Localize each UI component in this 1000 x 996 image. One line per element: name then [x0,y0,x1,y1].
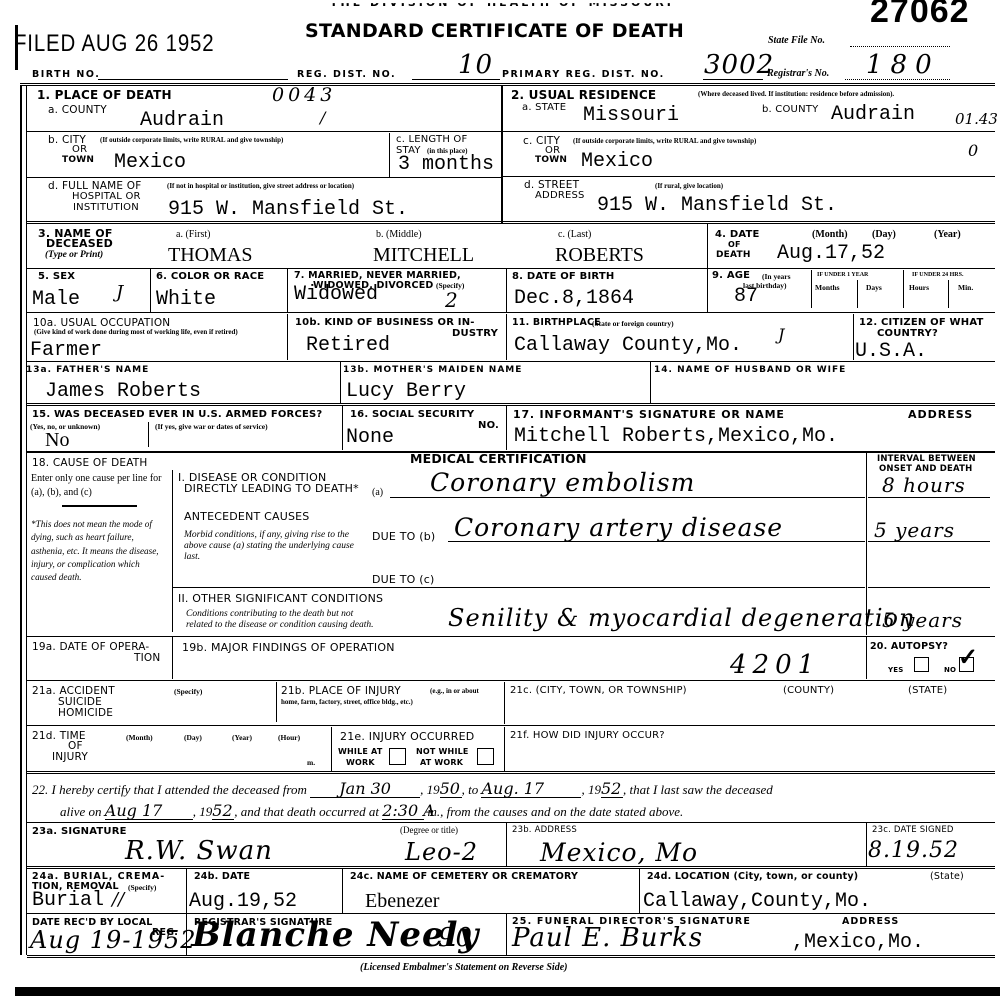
line-c-rule [172,587,865,588]
ur-city-code: 0 [968,143,978,159]
rule [903,270,904,308]
rule [342,869,343,914]
pod-stay-label: c. LENGTH OF [396,135,467,145]
dod-day-label: (Day) [872,229,896,240]
burial-type-value[interactable]: Burial [32,891,104,911]
double-rule [27,771,995,774]
rule [857,280,858,308]
rule [506,268,507,312]
injury-year-label: (Year) [232,734,252,742]
cert-last-seen[interactable]: Aug 17 [105,803,193,820]
cert-text-4: , 19 [581,782,601,797]
cert-text-3: , to [462,782,479,797]
dod-label: 4. DATE [715,230,760,240]
rule [866,637,867,679]
informant-value[interactable]: Mitchell Roberts,Mexico,Mo. [514,427,838,447]
rule [148,422,149,447]
op-code: 4201 [730,652,820,678]
ur-town-label: TOWN [535,156,567,165]
pod-or-label: OR [72,145,87,155]
cert-text-7: , 19 [193,804,213,819]
cert-line-2: alive on Aug 17, 1952, and that death oc… [60,803,683,820]
funeral-address-value[interactable]: ,Mexico,Mo. [792,933,924,953]
father-value[interactable]: James Roberts [45,382,201,402]
birthplace-value[interactable]: Callaway County,Mo. [514,336,742,356]
usual-residence-label: 2. USUAL RESIDENCE [511,89,656,101]
rule [506,314,507,360]
rule [150,268,151,312]
cause-label: 18. CAUSE OF DEATH [32,458,148,469]
physician-signature[interactable]: R.W. Swan [125,838,273,864]
primary-reg-label: PRIMARY REG. DIST. NO. [502,70,665,80]
primary-reg-value[interactable]: 3002 [704,52,774,78]
last-label: c. (Last) [558,229,591,240]
degree-label: (Degree or title) [400,826,458,835]
rule [172,637,173,679]
min-label: Min. [958,284,973,292]
autopsy-label: 20. AUTOPSY? [870,642,948,652]
antecedent-note: Morbid conditions, if any, giving rise t… [184,530,369,563]
cert-text-1: 22. I hereby certify that I attended the… [32,782,307,797]
injury-city-label: 21c. (CITY, TOWN, OR TOWNSHIP) [510,686,687,696]
degree-value[interactable]: Leo-2 [405,840,478,864]
cause-instruction: Enter only one cause per line for (a), (… [31,472,167,499]
cert-address-value[interactable]: Mexico, Mo [540,840,698,865]
cert-to-year[interactable]: 52 [601,781,623,798]
rule [342,406,343,450]
pod-city-note: (If outside corporate limits, write RURA… [100,137,283,144]
dod-label-3: DEATH [716,251,751,260]
at-work-label-2: WORK [346,759,375,767]
injury-occurred-label: 21e. INJURY OCCURRED [340,731,474,742]
pod-county-code: 0043 [272,86,336,105]
middle-value[interactable]: MITCHELL [373,245,474,265]
state-file-value[interactable]: 27062 [870,0,970,31]
ur-note: (Where deceased lived. If institution: r… [698,91,894,98]
rule [948,280,949,308]
marital-value[interactable]: Widowed [294,285,378,305]
burial-type-code: // [112,891,124,909]
injury-m-label: m. [307,759,315,767]
ur-street-note: (If rural, give location) [655,183,723,190]
due-to-b-label: DUE TO (b) [372,531,435,542]
medical-heading: MEDICAL CERTIFICATION [410,453,587,466]
cert-last-seen-year[interactable]: 52 [212,803,234,820]
middle-label: b. (Middle) [376,229,422,240]
reg-dist-label: REG. DIST. NO. [297,70,396,80]
ur-city-note: (If outside corporate limits, write RURA… [573,138,756,145]
pod-stay-value[interactable]: 3 months [398,155,494,175]
rule [502,131,995,132]
ur-county-value[interactable]: Audrain [831,105,915,125]
state-file-label: State File No. [768,35,825,46]
race-value[interactable]: White [156,290,216,310]
double-rule [27,221,995,224]
cert-death-time[interactable]: 2:30 A [382,803,424,820]
top-double-rule [20,83,995,86]
rule [866,823,867,867]
rule [27,361,995,362]
rule [331,727,332,771]
injury-type-label: 21a. ACCIDENT [32,686,115,697]
mother-value[interactable]: Lucy Berry [346,382,466,402]
antecedent-label: ANTECEDENT CAUSES [184,511,310,522]
marital-code: 2 [445,290,458,310]
rule [186,869,187,914]
rule [27,822,995,823]
ur-street-value[interactable]: 915 W. Mansfield St. [597,196,837,216]
rule [707,268,708,312]
pod-hospital-value[interactable]: 915 W. Mansfield St. [168,200,408,220]
date-signed-value[interactable]: 8.19.52 [868,840,959,862]
footer-note: (Licensed Embalmer's Statement on Revers… [360,962,567,973]
line-ii-value[interactable]: Senility & myocardial degeneration [448,606,915,630]
rule [502,176,995,177]
rule [27,312,995,313]
burial-date-value[interactable]: Aug.19,52 [189,892,297,912]
document-title: STANDARD CERTIFICATE OF DEATH [305,20,684,42]
ssn-value[interactable]: None [346,428,394,448]
birth-no-label: BIRTH NO. [32,70,100,80]
pod-city-value[interactable]: Mexico [114,153,186,173]
pod-county-value[interactable]: Audrain [140,111,224,131]
age-label: 9. AGE [712,271,750,281]
ur-state-label: a. STATE [522,103,566,113]
name-label-3: (Type or Print) [45,250,103,261]
ur-county-label: b. COUNTY [762,105,818,115]
injury-day-label: (Day) [184,734,202,742]
ur-address-label: ADDRESS [535,191,585,201]
autopsy-yes-label: YES [888,667,904,674]
local-reg-value[interactable]: Aug 19-1952 [30,928,197,952]
rule [504,682,505,724]
date-signed-label: 23c. DATE SIGNED [872,826,954,835]
pod-hospital-note: (If not in hospital or institution, give… [167,183,354,190]
location-state-label: (State) [930,872,964,882]
birthplace-note: (State or foreign country) [592,320,674,328]
ur-city-value[interactable]: Mexico [581,152,653,172]
rule [27,680,995,681]
pod-county-mark: / [320,110,325,126]
birth-no-line [98,79,288,80]
cert-text-9: m., from the causes and on the date stat… [427,804,683,819]
ssn-label: 16. SOCIAL SECURITY [350,410,474,420]
double-rule [27,866,995,869]
cemetery-value[interactable]: Ebenezer [365,891,439,911]
injury-hour-label: (Hour) [278,734,300,742]
sex-label: 5. SEX [38,272,75,282]
rule [287,268,288,312]
autopsy-no-check-icon: ✓ [958,646,978,670]
section-divider [501,86,503,224]
cause-footnote: *This does not mean the mode of dying, s… [31,518,167,585]
dod-year-label: (Year) [934,229,961,240]
informant-label: 17. INFORMANT'S SIGNATURE OR NAME [513,409,785,420]
rule [506,914,507,956]
citizen-label: 12. CITIZEN OF WHAT [859,318,984,328]
not-at-work-checkbox[interactable] [477,748,494,765]
sex-value[interactable]: Male [32,290,80,310]
injury-county-label: (COUNTY) [783,686,834,696]
cert-text-8: , and that death occurred at [234,804,379,819]
due-to-c-label: DUE TO (c) [372,574,434,585]
rule [504,727,505,771]
rule [853,314,854,360]
registrar-no-label: Registrar's No. [767,68,829,79]
place-of-death-label: 1. PLACE OF DEATH [37,89,172,101]
cert-address-label: 23b. ADDRESS [512,826,577,835]
rule [811,270,812,308]
injury-time-label-2: OF [68,741,83,752]
dod-month-label: (Month) [812,229,848,240]
under-year-label: IF UNDER 1 YEAR [817,272,868,278]
left-frame [20,85,22,955]
signature-label: 23a. SIGNATURE [32,827,127,837]
stamp-edge [15,25,18,70]
cert-from-year[interactable]: 50 [440,781,462,798]
cert-line-1: 22. I hereby certify that I attended the… [32,781,773,798]
scan-edge-bar [15,987,1000,996]
armed-note-2: (If yes, give war or dates of service) [155,423,268,431]
registrar-code: 90 [438,925,473,951]
op-findings-label: 19b. MAJOR FINDINGS OF OPERATION [182,642,395,653]
injury-state-label: (STATE) [908,686,947,696]
injury-how-label: 21f. HOW DID INJURY OCCUR? [510,731,665,741]
double-rule [27,403,995,406]
autopsy-no-label: NO [944,667,956,674]
birthplace-label: 11. BIRTHPLACE [512,318,601,328]
op-date-label: 19a. DATE OF OPERA- [32,642,149,653]
race-label: 6. COLOR OR RACE [156,272,264,282]
state-file-line [850,46,950,47]
cert-to-date[interactable]: Aug. 17 [481,781,581,798]
rule [276,682,277,722]
under-day-label: IF UNDER 24 HRS. [912,272,963,278]
registrar-signature[interactable]: Blanche Neely [192,918,479,952]
citizen-value[interactable]: U.S.A. [855,342,927,362]
rule [62,505,137,507]
occupation-value[interactable]: Farmer [30,341,102,361]
rule [27,725,995,726]
injury-place-note-2: home, farm, factory, street, office bldg… [281,699,413,706]
pod-hospital-label-2: HOSPITAL OR [72,192,141,202]
rule [389,133,390,177]
injury-place-note: (e.g., in or about [430,688,479,695]
rule [506,823,507,867]
double-rule [27,955,995,958]
interval-label: INTERVAL BETWEEN [877,455,976,464]
cert-text-5: , that I last saw the deceased [623,782,773,797]
rule [639,869,640,914]
rule [27,177,501,178]
line-ii-label: II. OTHER SIGNIFICANT CONDITIONS [178,593,383,604]
rule [707,224,708,268]
injury-time-label-3: INJURY [52,752,88,763]
ur-county-code: 01.43 [955,112,998,127]
age-note: (In years [762,273,791,281]
reg-dist-value[interactable]: 10 [458,52,493,78]
citizen-label-2: COUNTRY? [877,329,938,339]
injury-type-label-2: SUICIDE [58,697,102,708]
cemetery-label: 24c. NAME OF CEMETERY OR CREMATORY [350,872,578,882]
location-label: 24d. LOCATION (City, town, or county) [647,872,858,882]
spouse-label: 14. NAME OF HUSBAND OR WIFE [654,366,846,375]
business-label: 10b. KIND OF BUSINESS OR IN- [295,318,475,328]
informant-address-label: ADDRESS [908,409,973,420]
rule [27,913,995,914]
funeral-address-label: ADDRESS [842,917,899,927]
dod-value[interactable]: Aug.17,52 [777,244,885,264]
birthplace-code: J [778,327,784,343]
age-value[interactable]: 87 [734,287,758,307]
funeral-director-signature[interactable]: Paul E. Burks [512,925,703,951]
burial-type-note: (Specify) [128,884,156,892]
line-a-value[interactable]: Coronary embolism [430,470,695,495]
not-at-work-label: NOT WHILE [416,748,469,756]
sex-code: J [116,284,123,302]
cert-from-date[interactable]: Jan 30 [310,781,420,798]
rule [186,914,187,956]
rule [27,268,995,269]
left-frame-inner [26,85,27,955]
months-label: Months [815,284,840,292]
father-label: 13a. FATHER'S NAME [26,366,149,375]
filed-stamp: FILED AUG 26 1952 [14,30,214,58]
business-label-2: DUSTRY [452,329,498,339]
rule [172,470,173,632]
pod-hospital-label: d. FULL NAME OF [48,181,141,192]
line-a-rule [390,497,865,498]
op-date-label-2: TION [134,653,160,664]
rule [506,406,507,450]
ssn-label-2: NO. [478,421,499,431]
first-label: a. (First) [176,229,210,240]
mother-label: 13b. MOTHER'S MAIDEN NAME [343,366,522,375]
last-value[interactable]: ROBERTS [555,245,644,265]
armed-forces-label: 15. WAS DECEASED EVER IN U.S. ARMED FORC… [32,410,322,420]
rule [27,131,501,132]
dod-label-2: OF [728,241,741,249]
line-ii-interval[interactable]: 5 years [882,610,963,630]
ur-street-label: d. STREET [524,180,579,191]
line-a-interval[interactable]: 8 hours [882,475,966,495]
ur-state-value[interactable]: Missouri [583,106,679,126]
burial-date-label: 24b. DATE [194,872,250,882]
occupation-note: (Give kind of work done during most of w… [34,329,284,336]
line-i-label-2: DIRECTLY LEADING TO DEATH* [184,483,359,494]
autopsy-yes-checkbox[interactable] [914,657,929,672]
pod-town-label: TOWN [62,156,94,165]
at-work-label: WHILE AT [338,748,382,756]
cert-text-2: , 19 [420,782,440,797]
line-b-interval[interactable]: 5 years [874,520,955,540]
injury-type-note: (Specify) [174,688,202,696]
dob-value[interactable]: Dec.8,1864 [514,289,634,309]
business-value[interactable]: Retired [306,336,390,356]
rule [868,497,990,498]
at-work-checkbox[interactable] [389,748,406,765]
line-a-tag: (a) [372,487,383,498]
not-at-work-label-2: AT WORK [420,759,463,767]
registrar-no-value[interactable]: 180 [866,52,940,78]
rule [650,362,651,404]
first-value[interactable]: THOMAS [168,245,252,265]
line-b-value[interactable]: Coronary artery disease [454,515,783,540]
name-label-2: DECEASED [46,238,113,249]
rule [868,587,990,588]
agency-line: THE DIVISION OF HEALTH OF MISSOURI [330,0,674,9]
injury-place-label: 21b. PLACE OF INJURY [281,686,401,697]
days-label: Days [866,284,882,292]
hours-label: Hours [909,284,929,292]
rule [287,314,288,360]
injury-month-label: (Month) [126,734,153,742]
injury-type-label-3: HOMICIDE [58,708,113,719]
occupation-label: 10a. USUAL OCCUPATION [33,318,170,329]
location-value[interactable]: Callaway,County,Mo. [643,892,871,912]
line-ii-note: Conditions contributing to the death but… [186,609,376,631]
pod-hospital-label-3: INSTITUTION [73,203,139,213]
armed-value[interactable]: No [45,430,69,450]
rule [340,362,341,404]
cert-text-6: alive on [60,804,102,819]
pod-county-label: a. COUNTY [48,105,107,116]
dob-label: 8. DATE OF BIRTH [512,272,614,282]
